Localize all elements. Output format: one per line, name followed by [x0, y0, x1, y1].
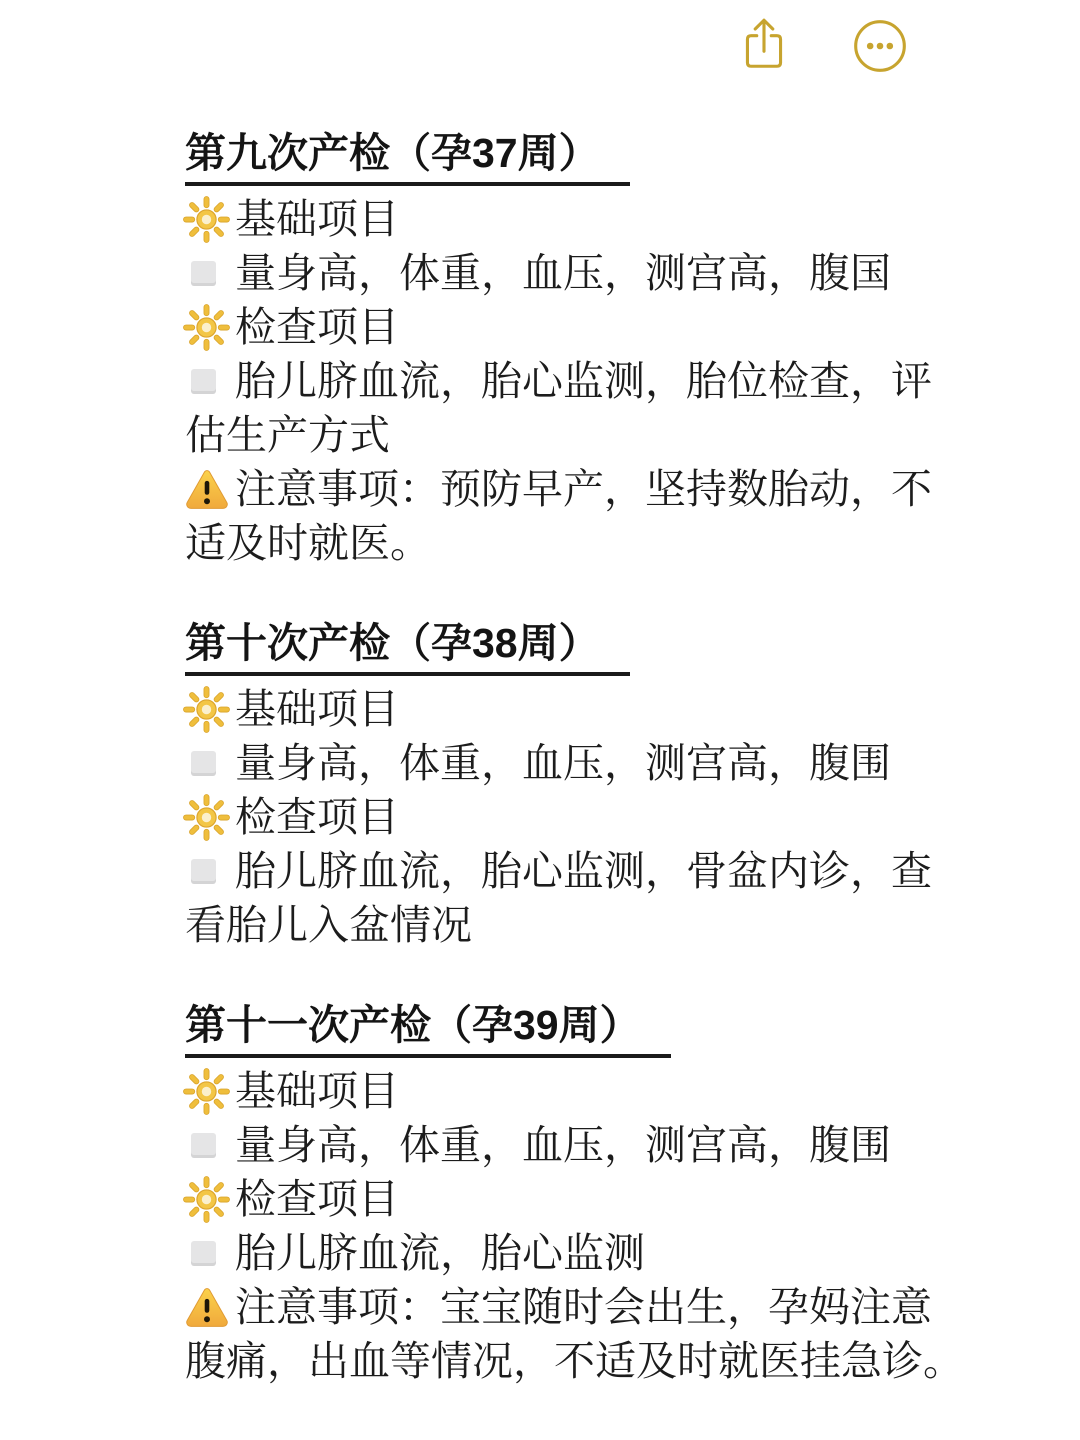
- note-line: 估生产方式: [185, 408, 915, 462]
- note-line-text: 基础项目: [235, 192, 399, 246]
- note-line: 适及时就医。: [185, 516, 915, 570]
- note-line: 量身高，体重，血压，测宫高，腹围: [185, 1118, 915, 1172]
- square-bullet-icon: [185, 1120, 235, 1170]
- note-line: 注意事项：预防早产，坚持数胎动，不: [185, 462, 915, 516]
- note-line: 胎儿脐血流，胎心监测，骨盆内诊，查: [185, 844, 915, 898]
- sun-icon: [185, 684, 235, 734]
- note-line: 看胎儿入盆情况: [185, 898, 915, 952]
- note-line: 量身高，体重，血压，测宫高，腹国: [185, 246, 915, 300]
- note-line: 腹痛，出血等情况，不适及时就医挂急诊。: [185, 1334, 915, 1388]
- sun-icon: [185, 792, 235, 842]
- square-bullet-icon: [185, 1228, 235, 1278]
- share-button[interactable]: [736, 14, 792, 74]
- note-content[interactable]: 第九次产检（孕37周） 基础项目 量身高，体重，血压，测宫高，腹国 检查项目 胎…: [185, 126, 915, 1388]
- note-line-text: 检查项目: [235, 1172, 399, 1226]
- note-line: 检查项目: [185, 790, 915, 844]
- note-line-text: 腹痛，出血等情况，不适及时就医挂急诊。: [185, 1334, 964, 1388]
- note-line-text: 胎儿脐血流，胎心监测，骨盆内诊，查: [235, 844, 932, 898]
- note-line: 胎儿脐血流，胎心监测，胎位检查，评: [185, 354, 915, 408]
- sun-icon: [185, 1066, 235, 1116]
- note-line-text: 检查项目: [235, 300, 399, 354]
- share-icon: [736, 14, 792, 74]
- square-bullet-icon: [185, 248, 235, 298]
- note-line: 注意事项：宝宝随时会出生，孕妈注意: [185, 1280, 915, 1334]
- sun-icon: [185, 1174, 235, 1224]
- warning-icon: [185, 1282, 235, 1332]
- note-line-text: 量身高，体重，血压，测宫高，腹围: [235, 1118, 891, 1172]
- note-line-text: 量身高，体重，血压，测宫高，腹国: [235, 246, 891, 300]
- note-line-text: 胎儿脐血流，胎心监测: [235, 1226, 645, 1280]
- note-line: 量身高，体重，血压，测宫高，腹围: [185, 736, 915, 790]
- note-line-text: 检查项目: [235, 790, 399, 844]
- sun-icon: [185, 194, 235, 244]
- sun-icon: [185, 302, 235, 352]
- note-line-text: 注意事项：宝宝随时会出生，孕妈注意: [235, 1280, 932, 1334]
- section-title: 第十一次产检（孕39周）: [185, 998, 671, 1058]
- note-section: 第十次产检（孕38周） 基础项目 量身高，体重，血压，测宫高，腹围 检查项目 胎…: [185, 616, 915, 952]
- note-line: 基础项目: [185, 192, 915, 246]
- square-bullet-icon: [185, 738, 235, 788]
- note-line-text: 适及时就医。: [185, 516, 431, 570]
- note-line: 基础项目: [185, 1064, 915, 1118]
- note-line: 基础项目: [185, 682, 915, 736]
- warning-icon: [185, 464, 235, 514]
- note-line-text: 基础项目: [235, 682, 399, 736]
- note-line-text: 基础项目: [235, 1064, 399, 1118]
- note-section: 第十一次产检（孕39周） 基础项目 量身高，体重，血压，测宫高，腹围 检查项目 …: [185, 998, 915, 1388]
- note-section: 第九次产检（孕37周） 基础项目 量身高，体重，血压，测宫高，腹国 检查项目 胎…: [185, 126, 915, 570]
- note-line-text: 看胎儿入盆情况: [185, 898, 472, 952]
- square-bullet-icon: [185, 356, 235, 406]
- square-bullet-icon: [185, 846, 235, 896]
- note-line-text: 量身高，体重，血压，测宫高，腹围: [235, 736, 891, 790]
- note-line-text: 胎儿脐血流，胎心监测，胎位检查，评: [235, 354, 932, 408]
- note-line-text: 估生产方式: [185, 408, 390, 462]
- section-title: 第九次产检（孕37周）: [185, 126, 630, 186]
- section-title: 第十次产检（孕38周）: [185, 616, 630, 676]
- note-line: 检查项目: [185, 300, 915, 354]
- note-line-text: 注意事项：预防早产，坚持数胎动，不: [235, 462, 932, 516]
- note-line: 胎儿脐血流，胎心监测: [185, 1226, 915, 1280]
- note-line: 检查项目: [185, 1172, 915, 1226]
- more-button[interactable]: [850, 16, 910, 76]
- ellipsis-icon: [850, 16, 910, 76]
